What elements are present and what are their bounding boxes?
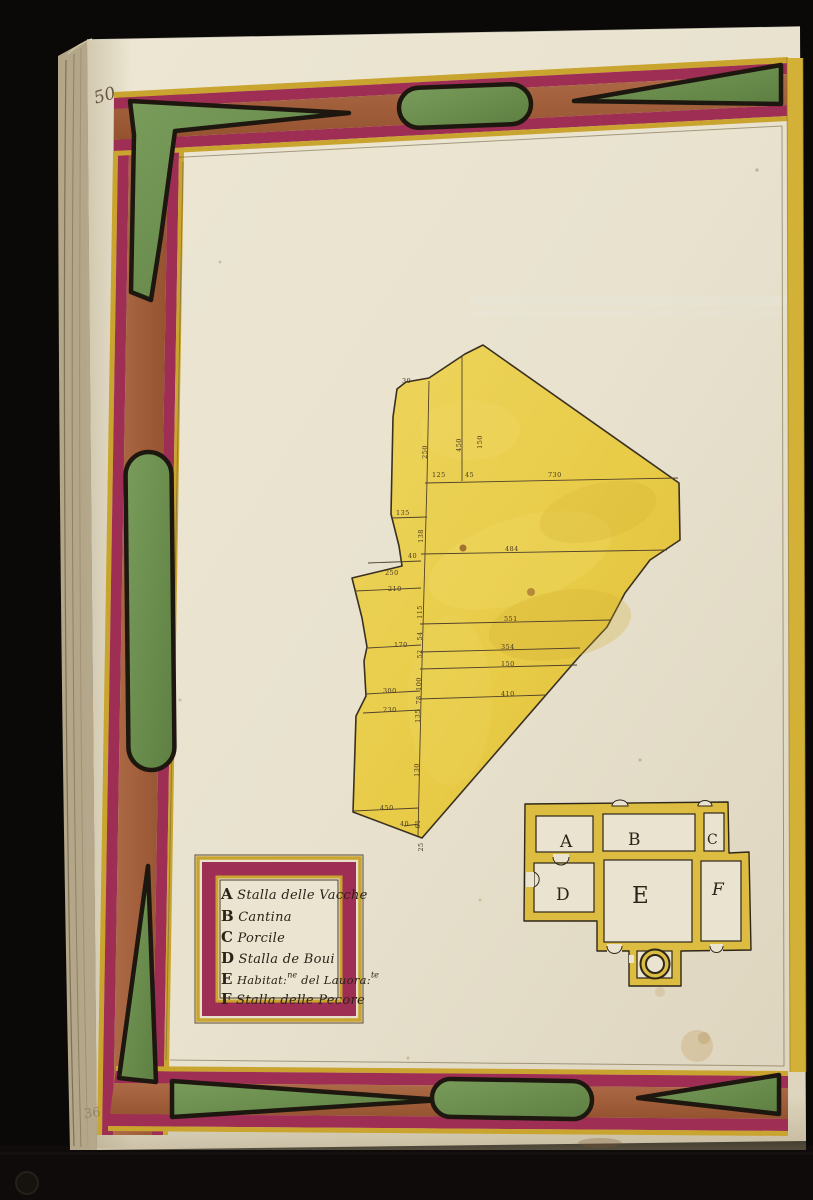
- measurement-label: 138: [417, 529, 425, 543]
- legend-box: [195, 855, 363, 1023]
- measurement-label: 170: [394, 641, 408, 649]
- measurement-label: 135: [396, 509, 410, 517]
- table-bolt: [16, 1172, 38, 1194]
- room-label-a: A: [559, 832, 573, 852]
- measurement-label: 450: [380, 804, 394, 812]
- room-label-c: C: [707, 832, 718, 848]
- measurement-label: 100: [415, 677, 423, 691]
- capsule-motif-top: [398, 83, 531, 128]
- measurement-label: 54: [416, 631, 424, 640]
- ink-stain: [527, 588, 535, 596]
- measurement-label: 125: [432, 471, 446, 479]
- well-icon: [641, 950, 670, 979]
- measurement-label: 40: [400, 820, 409, 828]
- measurement-label: 300: [383, 687, 397, 695]
- measurement-label: 30: [402, 377, 411, 385]
- capsule-motif-left: [125, 452, 174, 770]
- measurement-label: 25: [417, 842, 425, 851]
- measurement-label: 250: [421, 445, 429, 459]
- room-label-b: B: [628, 830, 641, 850]
- measurement-label: 250: [385, 569, 399, 577]
- measurement-label: 354: [501, 643, 515, 651]
- measurement-label: 484: [505, 545, 519, 553]
- manuscript-artwork: 30 250 450 150 125 45 730 484 551 354 15…: [0, 0, 813, 1200]
- ink-stain: [460, 545, 467, 552]
- room-f: [701, 861, 741, 941]
- measurement-label: 210: [388, 585, 402, 593]
- room-label-f: F: [711, 880, 725, 900]
- measurement-label: 130: [413, 763, 421, 777]
- measurement-label: 150: [476, 435, 484, 449]
- measurement-label: 52: [416, 649, 424, 658]
- measurement-label: 230: [383, 706, 397, 714]
- measurement-label: 410: [501, 690, 515, 698]
- measurement-label: 551: [504, 615, 518, 623]
- measurement-label: 78: [415, 695, 423, 704]
- measurement-label: 150: [501, 660, 515, 668]
- room-b: [603, 814, 695, 851]
- room-label-d: D: [556, 885, 570, 905]
- measurement-label: 61: [414, 819, 422, 828]
- measurement-label: 730: [548, 471, 562, 479]
- manuscript-photo: 30 250 450 150 125 45 730 484 551 354 15…: [0, 0, 813, 1200]
- measurement-label: 115: [416, 605, 424, 619]
- room-label-e: E: [632, 883, 649, 909]
- capsule-motif-bottom: [432, 1079, 593, 1120]
- measurement-label: 135: [414, 709, 422, 723]
- measurement-label: 45: [465, 471, 474, 479]
- measurement-label: 450: [455, 438, 463, 452]
- measurement-label: 40: [408, 552, 417, 560]
